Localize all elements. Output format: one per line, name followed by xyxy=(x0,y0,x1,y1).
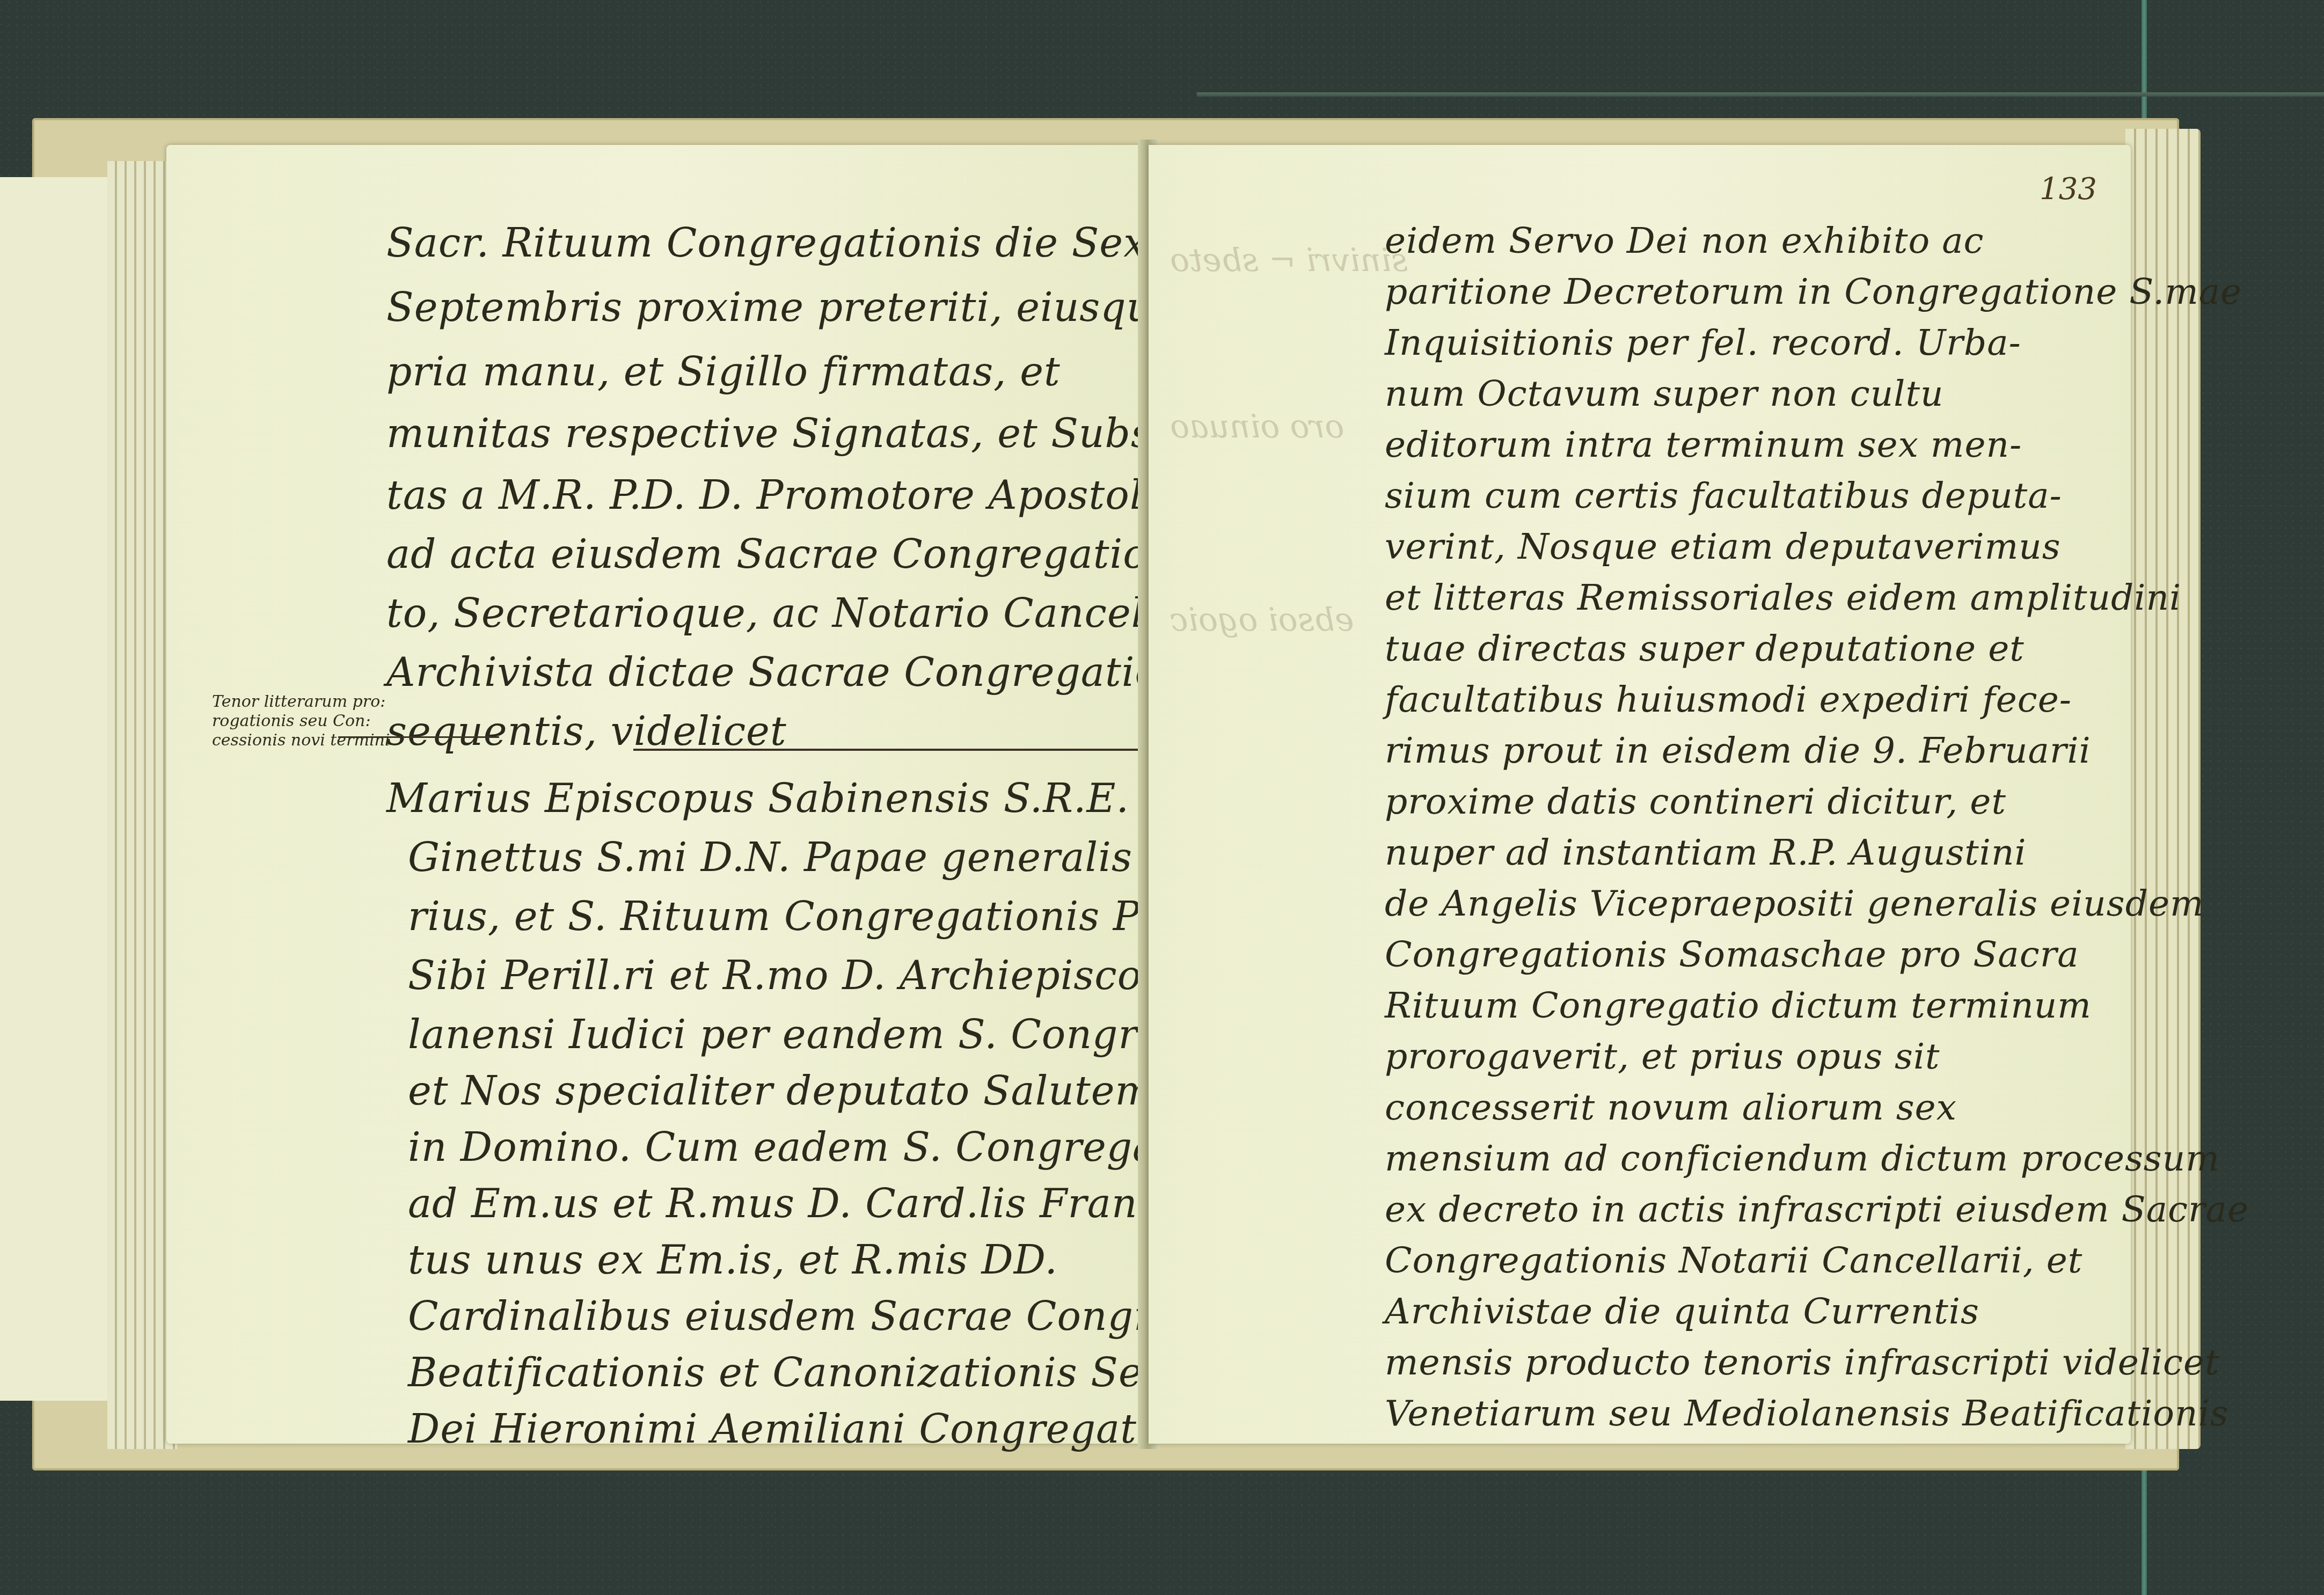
right-line-5: editorum intra terminum sex men- xyxy=(1385,424,2022,465)
page-stack-right xyxy=(2125,129,2201,1449)
folio-number: 133 xyxy=(2040,172,2097,207)
bleed-through-text: oro oinuao xyxy=(1170,408,1344,445)
right-line-7: verint, Nosque etiam deputaverimus xyxy=(1385,526,2061,567)
left-line-5: tas a M.R. P.D. D. Promotore Apostolico xyxy=(386,472,1203,518)
left-line-9: sequentis, videlicet xyxy=(386,708,787,755)
left-body-line-9: tus unus ex Em.is, et R.mis DD. xyxy=(408,1237,1058,1283)
right-line-20: ex decreto in actis infrascripti eiusdem… xyxy=(1385,1189,2249,1230)
left-body-line-7: in Domino. Cum eadem S. Congregatio xyxy=(408,1124,1211,1170)
right-line-19: mensium ad conficiendum dictum processum xyxy=(1385,1138,2220,1179)
frame-glass-top xyxy=(1197,92,2324,97)
right-line-22: Archivistae die quinta Currentis xyxy=(1385,1291,1979,1332)
left-body-line-6: et Nos specialiter deputato Salutem xyxy=(408,1068,1153,1114)
right-line-11: rimus prout in eisdem die 9. Februarii xyxy=(1385,730,2091,771)
right-line-10: facultatibus huiusmodi expediri fece- xyxy=(1385,679,2072,720)
right-line-23: mensis producto tenoris infrascripti vid… xyxy=(1385,1342,2220,1383)
margin-note-line-1: Tenor litterarum pro: xyxy=(212,692,416,712)
right-line-14: de Angelis Vicepraepositi generalis eius… xyxy=(1385,883,2204,924)
margin-note-line-2: rogationis seu Con: xyxy=(212,712,416,731)
margin-note: Tenor litterarum pro: rogationis seu Con… xyxy=(212,692,416,750)
right-line-13: nuper ad instantiam R.P. Augustini xyxy=(1385,832,2027,873)
right-line-16: Rituum Congregatio dictum terminum xyxy=(1385,985,2092,1026)
right-line-1: eidem Servo Dei non exhibito ac xyxy=(1385,220,1984,261)
right-line-8: et litteras Remissoriales eidem amplitud… xyxy=(1385,577,2181,618)
section-divider-rule xyxy=(633,749,1149,751)
right-line-4: num Octavum super non cultu xyxy=(1385,373,1943,414)
right-line-2: paritione Decretorum in Congregatione S.… xyxy=(1385,271,2242,312)
left-body-line-8: ad Em.us et R.mus D. Card.lis Francio- xyxy=(408,1181,1212,1227)
left-body-line-11: Beatificationis et Canonizationis Servi xyxy=(408,1350,1198,1396)
right-line-12: proxime datis contineri dicitur, et xyxy=(1385,781,2006,822)
right-line-3: Inquisitionis per fel. record. Urba- xyxy=(1385,322,2021,363)
right-line-17: prorogaverit, et prius opus sit xyxy=(1385,1036,1940,1077)
right-line-15: Congregationis Somaschae pro Sacra xyxy=(1385,934,2079,975)
left-line-4: munitas respective Signatas, et Subscrip… xyxy=(386,411,1247,457)
margin-note-line-3: cessionis novi termini xyxy=(212,731,416,750)
binding-left-flap xyxy=(0,177,121,1401)
right-line-24: Venetiarum seu Mediolanensis Beatificati… xyxy=(1385,1393,2229,1434)
right-line-6: sium cum certis facultatibus deputa- xyxy=(1385,475,2062,516)
left-line-3: pria manu, et Sigillo firmatas, et xyxy=(386,349,1061,395)
bleed-through-text: sinivri ⌐ sbeto xyxy=(1170,242,1408,279)
left-body-line-12: Dei Hieronimi Aemiliani Congregationis xyxy=(408,1406,1234,1452)
left-body-line-2: Ginettus S.mi D.N. Papae generalis Vica- xyxy=(408,835,1248,881)
right-line-9: tuae directas super deputatione et xyxy=(1385,628,2025,669)
right-line-18: concesserit novum aliorum sex xyxy=(1385,1087,1957,1128)
bleed-through-text: ebsoi ogoic xyxy=(1170,601,1354,639)
right-line-21: Congregationis Notarii Cancellarii, et xyxy=(1385,1240,2082,1281)
